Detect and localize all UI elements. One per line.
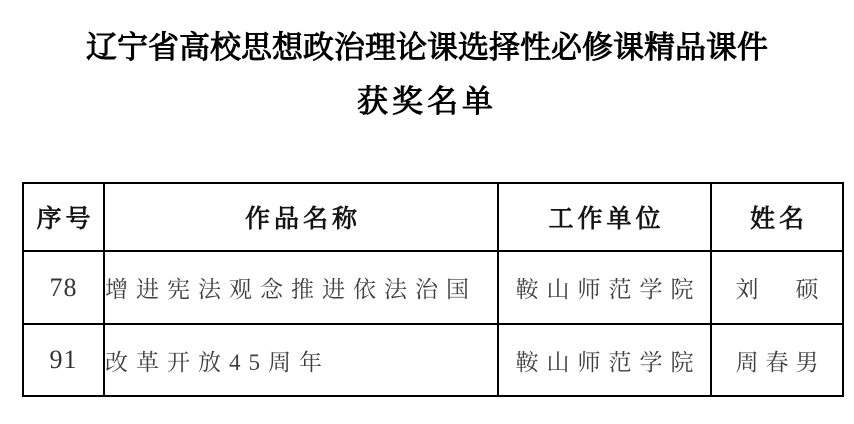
cell-work-title: 增进宪法观念推进依法治国 — [104, 251, 498, 324]
cell-person-name: 刘 硕 — [711, 251, 843, 324]
awards-table: 序号 作品名称 工作单位 姓名 78 增进宪法观念推进依法治国 鞍山师范学院 刘… — [22, 182, 844, 397]
table-header-row: 序号 作品名称 工作单位 姓名 — [23, 183, 843, 251]
table-row: 78 增进宪法观念推进依法治国 鞍山师范学院 刘 硕 — [23, 251, 843, 324]
cell-person-name: 周春男 — [711, 324, 843, 396]
cell-serial-number: 78 — [23, 251, 104, 324]
document-title-line-1: 辽宁省高校思想政治理论课选择性必修课精品课件 — [0, 30, 854, 66]
header-cell-person-name: 姓名 — [711, 183, 843, 251]
cell-serial-number: 91 — [23, 324, 104, 396]
header-cell-work-unit: 工作单位 — [498, 183, 711, 251]
cell-work-unit: 鞍山师范学院 — [498, 324, 711, 396]
document-title-line-2: 获奖名单 — [0, 84, 854, 120]
header-cell-serial-number: 序号 — [23, 183, 104, 251]
table-row: 91 改革开放45周年 鞍山师范学院 周春男 — [23, 324, 843, 396]
cell-work-unit: 鞍山师范学院 — [498, 251, 711, 324]
header-cell-work-title: 作品名称 — [104, 183, 498, 251]
document-page: 辽宁省高校思想政治理论课选择性必修课精品课件 获奖名单 序号 作品名称 工作单位… — [0, 0, 854, 424]
cell-work-title: 改革开放45周年 — [104, 324, 498, 396]
